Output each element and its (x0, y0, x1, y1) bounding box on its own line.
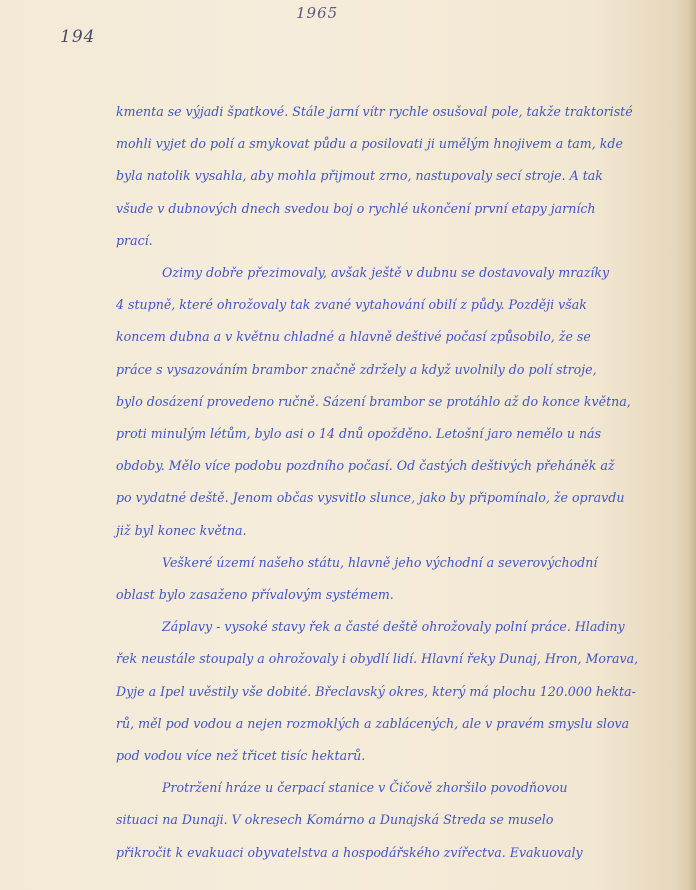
text-line: pod vodou více než třicet tisíc hektarů. (116, 740, 656, 772)
text-line: obdoby. Mělo více podobu pozdního počasí… (116, 450, 656, 482)
text-line: proti minulým létům, bylo asi o 14 dnů o… (116, 418, 656, 450)
text-line: rů, měl pod vodou a nejen rozmoklých a z… (116, 708, 656, 740)
text-line: již byl konec května. (116, 515, 656, 547)
text-line: prací. (116, 225, 656, 257)
text-line: situaci na Dunaji. V okresech Komárno a … (116, 804, 656, 836)
text-line: 4 stupně, které ohrožovaly tak zvané vyt… (116, 289, 656, 321)
text-line: kmenta se výjadi špatkové. Stále jarní v… (116, 96, 656, 128)
text-line: přikročit k evakuaci obyvatelstva a hosp… (116, 837, 656, 869)
text-line: bylo dosázení provedeno ručně. Sázení br… (116, 386, 656, 418)
text-line: oblast bylo zasaženo přívalovým systémem… (116, 579, 656, 611)
text-line: byla natolik vysahla, aby mohla přijmout… (116, 160, 656, 192)
text-line: mohli vyjet do polí a smykovat půdu a po… (116, 128, 656, 160)
paragraph-start-line: Veškeré území našeho státu, hlavně jeho … (116, 547, 656, 579)
year-heading: 1965 (296, 4, 338, 22)
text-line: po vydatné deště. Jenom občas vysvitlo s… (116, 482, 656, 514)
handwritten-body: kmenta se výjadi špatkové. Stále jarní v… (116, 96, 656, 869)
text-line: koncem dubna a v květnu chladné a hlavně… (116, 321, 656, 353)
paragraph-start-line: Záplavy - vysoké stavy řek a časté deště… (116, 611, 656, 643)
handwritten-page: 1965 194 kmenta se výjadi špatkové. Stál… (0, 0, 696, 890)
page-number: 194 (60, 27, 95, 47)
text-line: Dyje a Ipel uvěstily vše dobité. Břeclav… (116, 676, 656, 708)
text-line: všude v dubnových dnech svedou boj o ryc… (116, 193, 656, 225)
paragraph-start-line: Protržení hráze u čerpací stanice v Čičo… (116, 772, 656, 804)
paragraph-start-line: Ozimy dobře přezimovaly, avšak ještě v d… (116, 257, 656, 289)
text-line: řek neustále stoupaly a ohrožovaly i oby… (116, 643, 656, 675)
text-line: práce s vysazováním brambor značně zdrže… (116, 354, 656, 386)
